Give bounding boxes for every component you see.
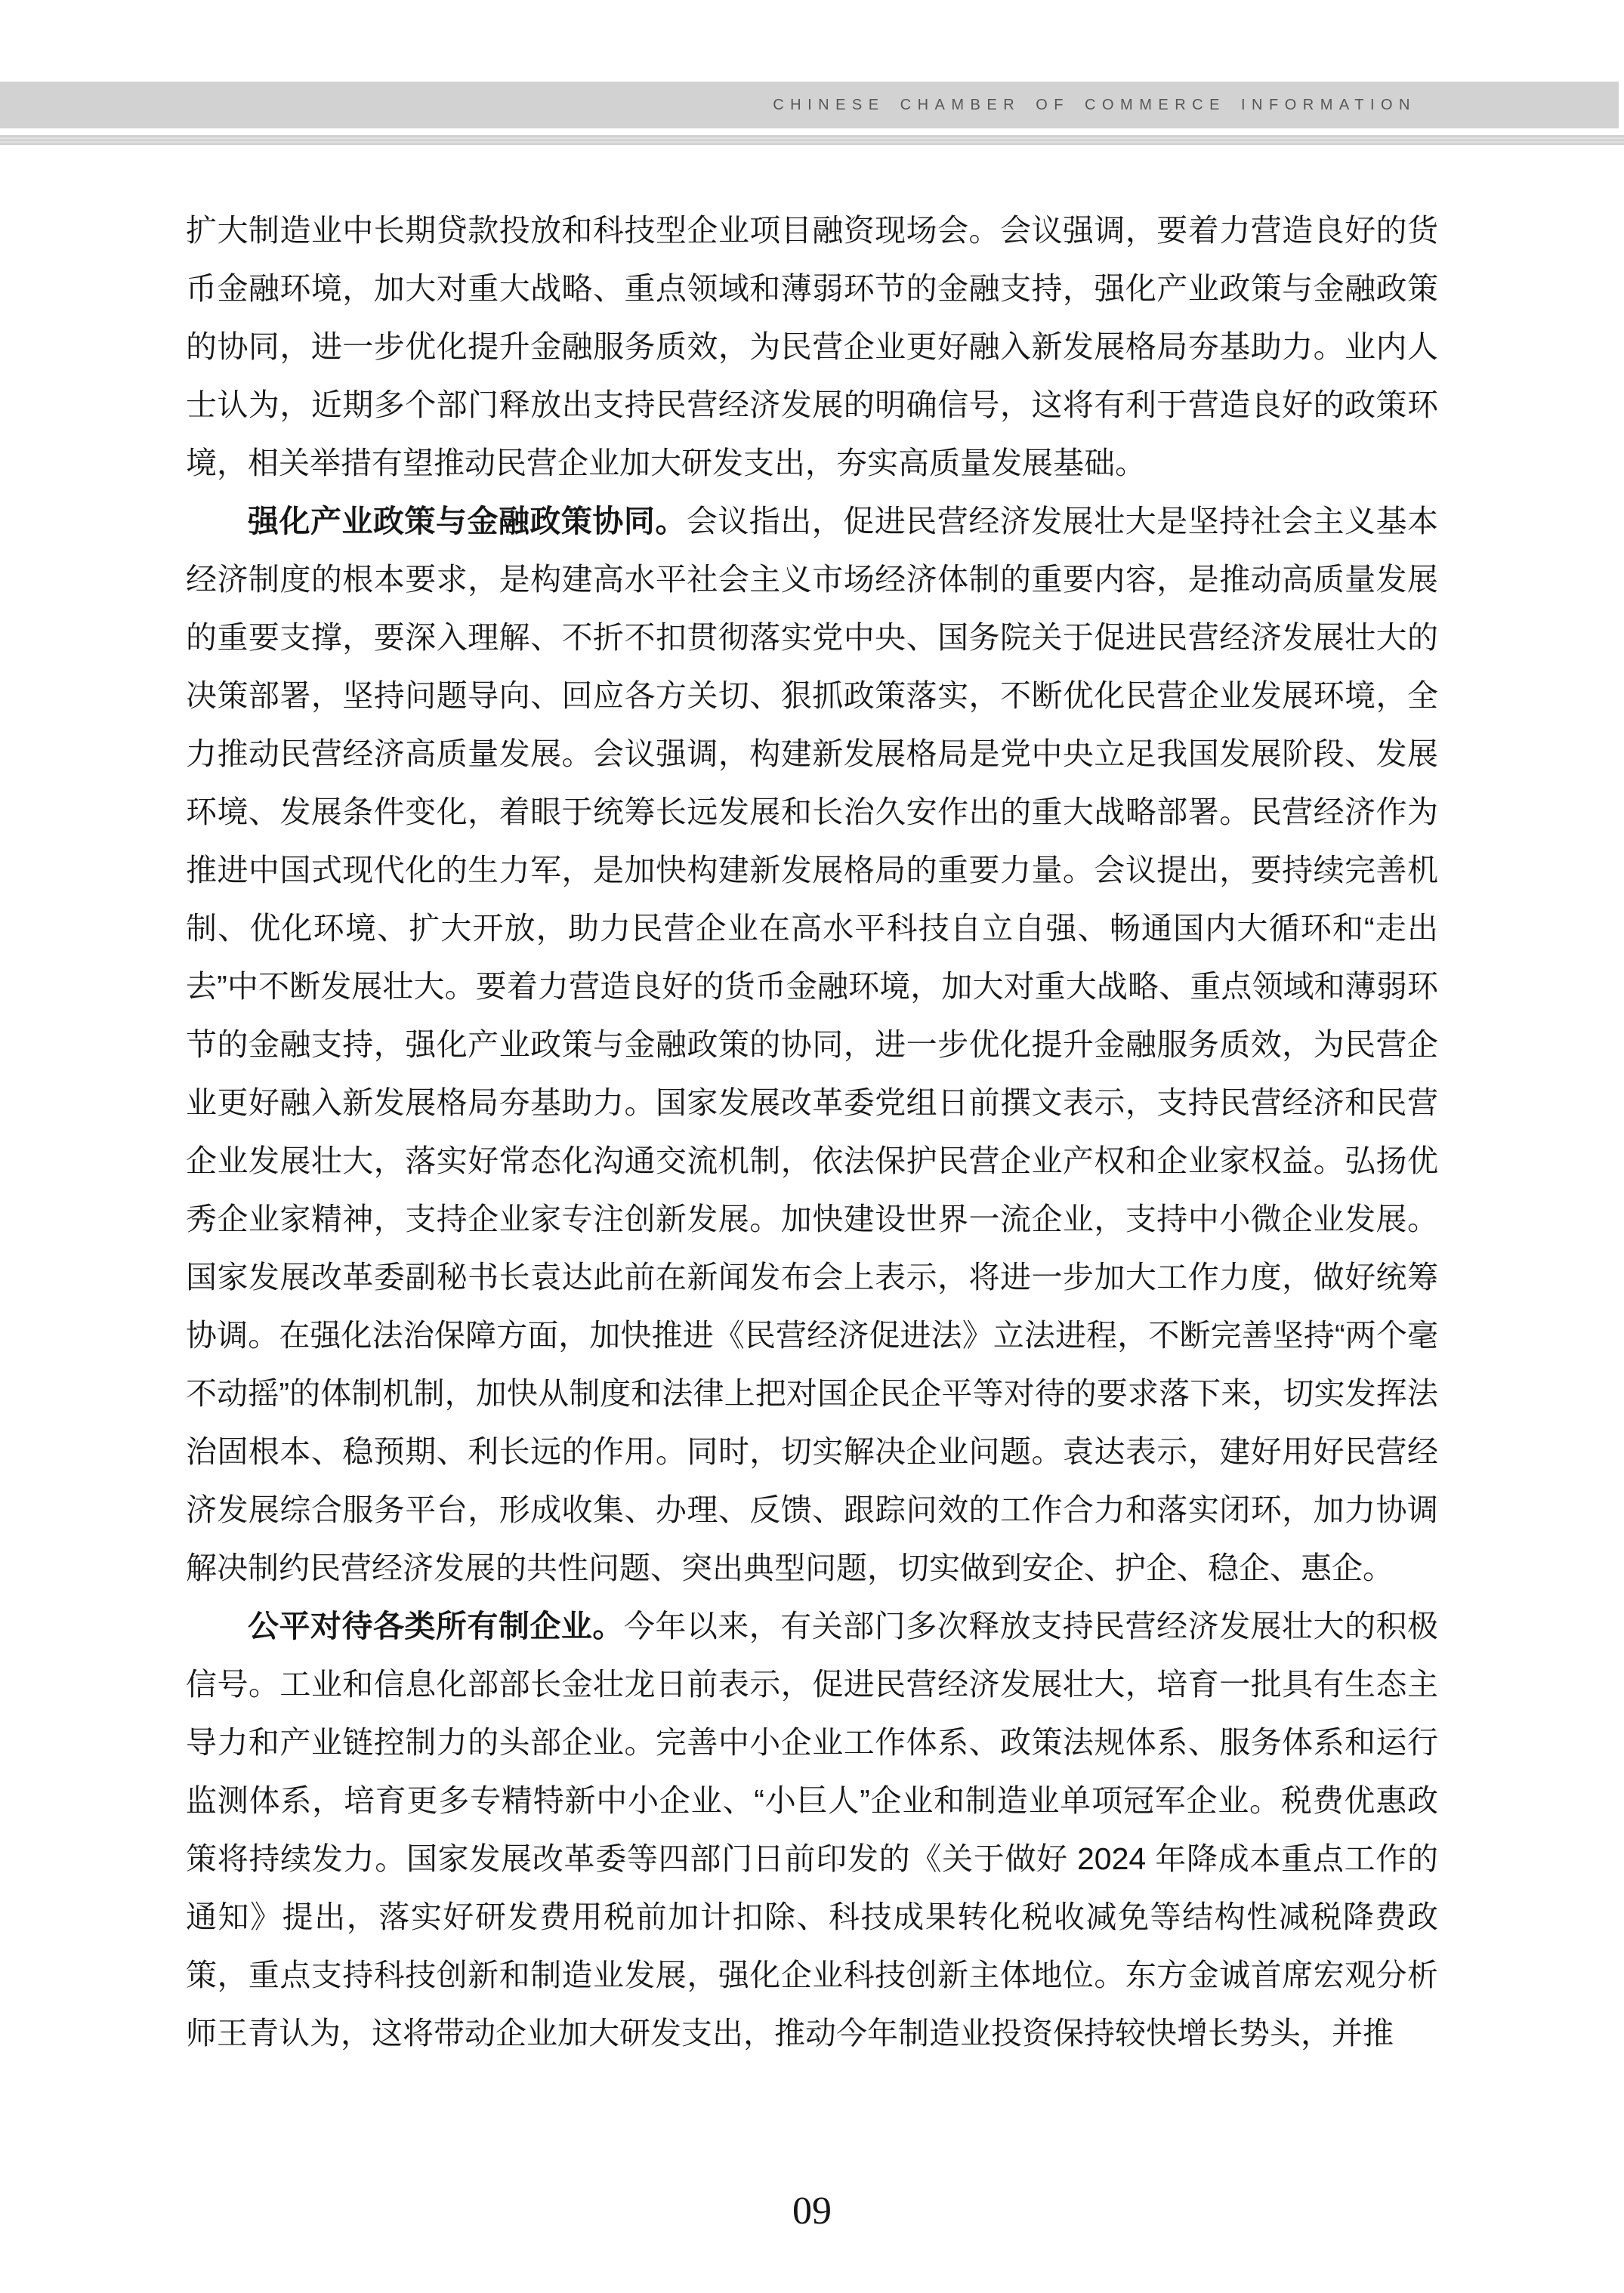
paragraph: 公平对待各类所有制企业。今年以来，有关部门多次释放支持民营经济发展壮大的积极信号… [186, 1597, 1438, 2063]
document-page: CHINESE CHAMBER OF COMMERCE INFORMATION … [0, 0, 1624, 2293]
paragraph-lead: 强化产业政策与金融政策协同。 [248, 504, 687, 539]
paragraph-text: 扩大制造业中长期贷款投放和科技型企业项目融资现场会。会议强调，要着力营造良好的货… [186, 213, 1438, 480]
header-divider-stripe [0, 135, 1624, 145]
paragraph: 扩大制造业中长期贷款投放和科技型企业项目融资现场会。会议强调，要着力营造良好的货… [186, 202, 1438, 492]
header-banner-text: CHINESE CHAMBER OF COMMERCE INFORMATION [773, 97, 1416, 114]
paragraph-text: 今年以来，有关部门多次释放支持民营经济发展壮大的积极信号。工业和信息化部部长金壮… [186, 1609, 1438, 2051]
paragraph: 强化产业政策与金融政策协同。会议指出，促进民营经济发展壮大是坚持社会主义基本经济… [186, 492, 1438, 1597]
header-banner: CHINESE CHAMBER OF COMMERCE INFORMATION [0, 82, 1619, 128]
paragraph-text: 会议指出，促进民营经济发展壮大是坚持社会主义基本经济制度的根本要求，是构建高水平… [186, 504, 1438, 1585]
page-number: 09 [0, 2189, 1624, 2233]
paragraph-lead: 公平对待各类所有制企业。 [248, 1609, 624, 1643]
article-body: 扩大制造业中长期贷款投放和科技型企业项目融资现场会。会议强调，要着力营造良好的货… [186, 202, 1438, 2063]
